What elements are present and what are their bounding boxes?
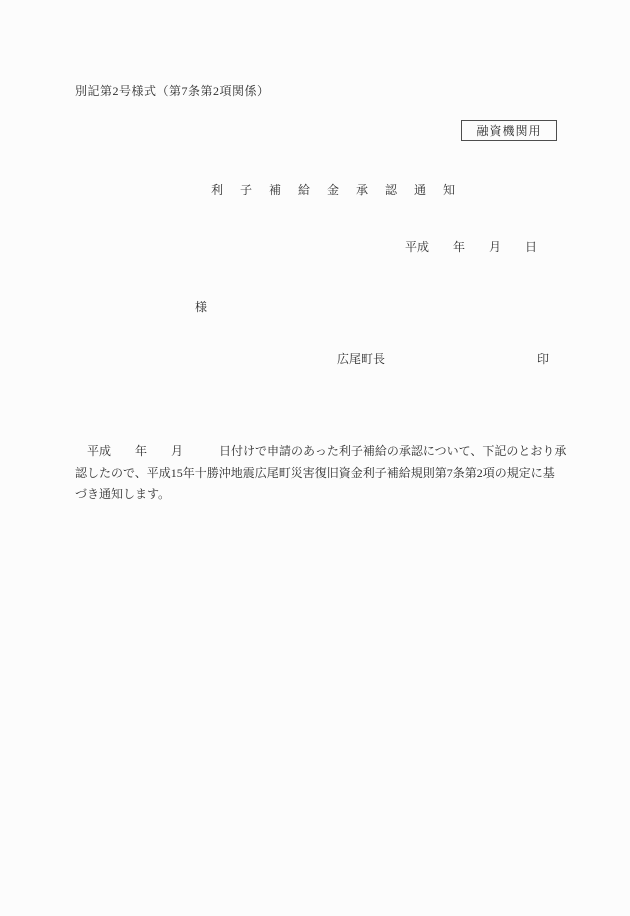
seal-mark: 印	[537, 350, 549, 367]
body-paragraph: 平成 年 月 日付けで申請のあった利子補給の承認について、下記のとおり承 認した…	[75, 441, 575, 506]
document-page: 別記第2号様式（第7条第2項関係） 融資機関用 利 子 補 給 金 承 認 通 …	[0, 0, 630, 916]
usage-tag-box: 融資機関用	[461, 120, 557, 141]
body-line: 平成 年 月 日付けで申請のあった利子補給の承認について、下記のとおり承	[75, 441, 575, 463]
date-line: 平成 年 月 日	[405, 238, 537, 255]
body-line: 認したので、平成15年十勝沖地震広尾町災害復旧資金利子補給規則第7条第2項の規定…	[75, 463, 575, 485]
addressee-honorific: 様	[195, 298, 207, 315]
sender-line: 広尾町長 印	[337, 350, 549, 367]
sender-title: 広尾町長	[337, 350, 385, 367]
body-line: づき通知します。	[75, 484, 575, 506]
usage-tag-label: 融資機関用	[476, 122, 541, 139]
form-number-label: 別記第2号様式（第7条第2項関係）	[75, 82, 270, 99]
document-title: 利 子 補 給 金 承 認 通 知	[211, 181, 458, 198]
